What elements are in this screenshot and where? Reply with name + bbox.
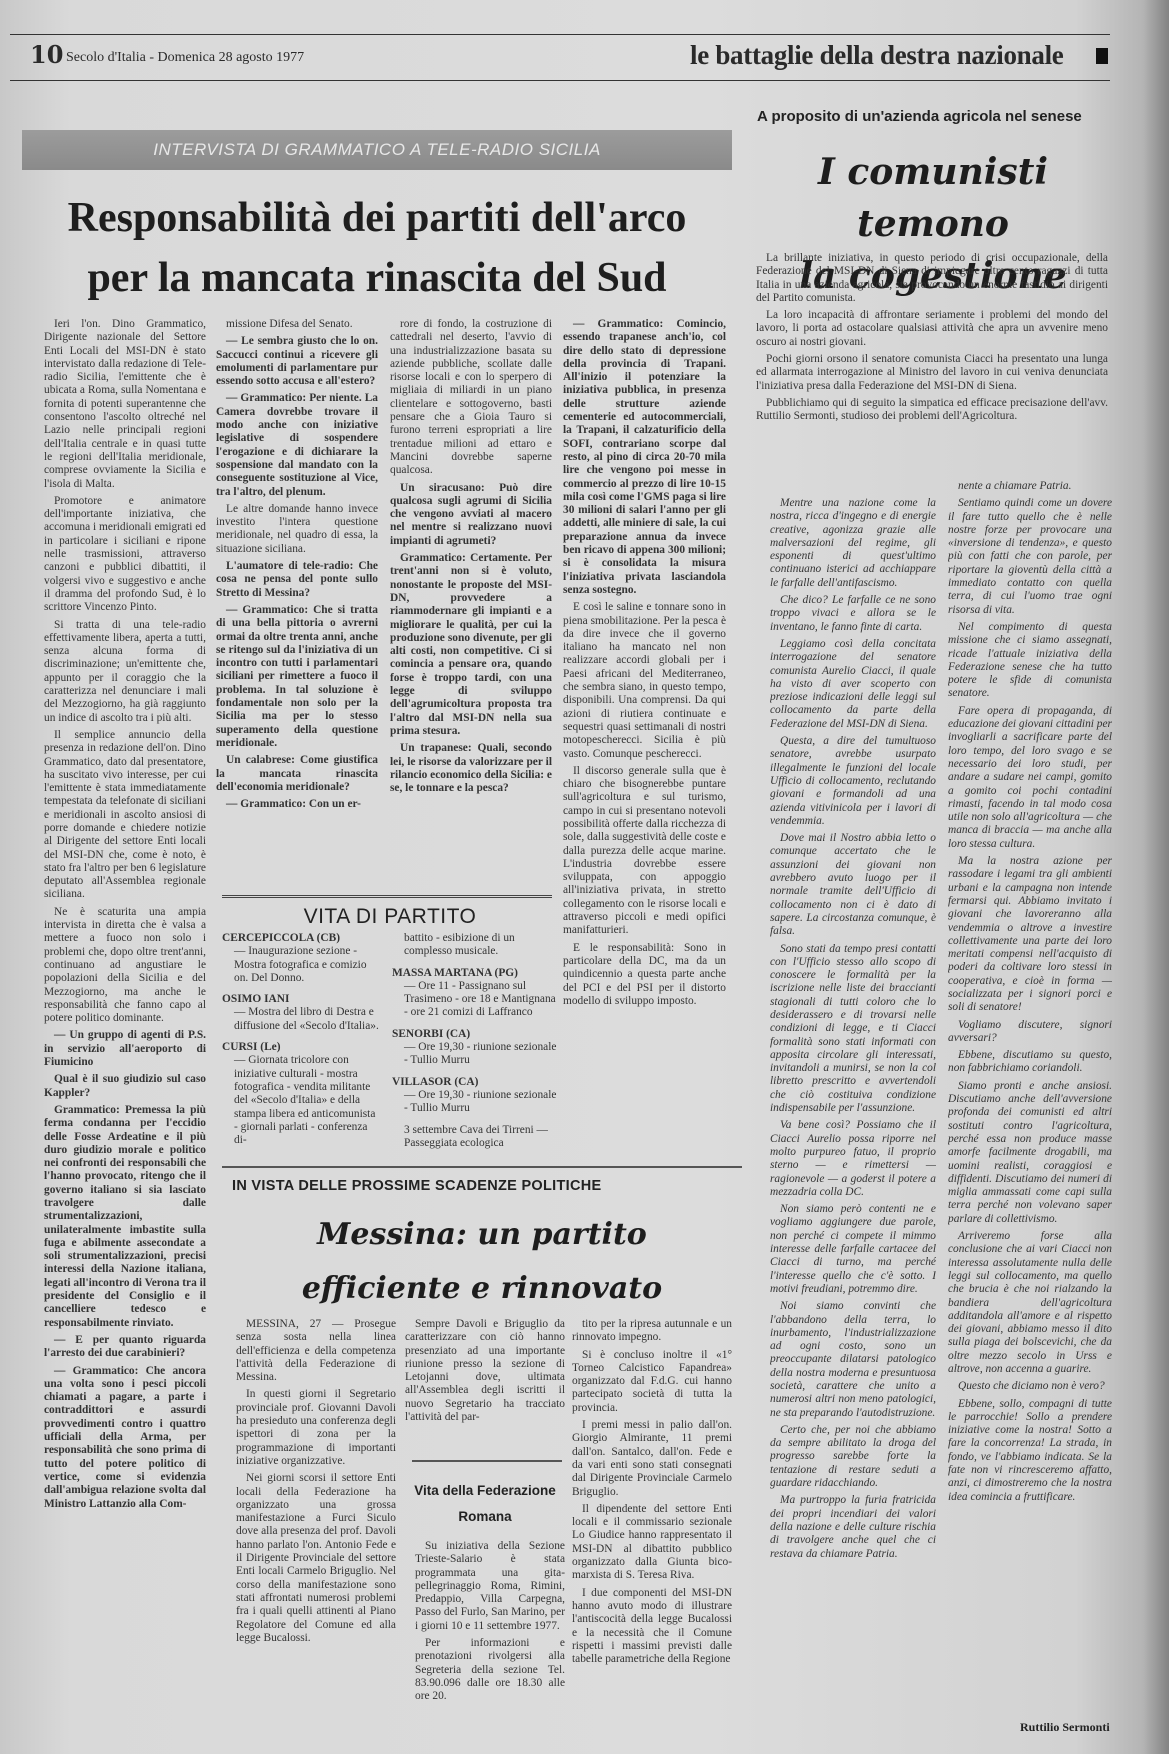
paragraph: Sentiamo quindi come un dovere il fare t… [948,497,1112,617]
vita-detail: — Ore 19,30 - riunione sezionale - Tulli… [392,1041,557,1068]
federazione-title-line2: Romana [405,1504,565,1530]
paragraph: Ebbene, discutiamo su questo, non fabbri… [948,1049,1112,1076]
paragraph: I due componenti del MSI-DN hanno avuto … [572,1587,732,1667]
section-marker-icon [1096,48,1108,64]
paragraph: Il semplice annuncio della presenza in r… [44,729,206,902]
federazione-body: Su iniziativa della Sezione Trieste-Sala… [415,1540,565,1720]
paragraph: Sempre Davoli e Briguglio da caratterizz… [405,1318,565,1424]
paragraph: Vogliamo discutere, signori avversari? [948,1019,1112,1046]
paragraph: Ebbene, sollo, compagni di tutte le parr… [948,1398,1112,1504]
paragraph: Pochi giorni orsono il senatore comunist… [756,353,1108,393]
vita-location: OSIMO IANI [222,993,289,1005]
page-edge-shadow [1143,0,1169,1754]
vita-location: MASSA MARTANA (PG) [392,967,518,979]
paragraph: Promotore e animatore dell'importante in… [44,495,206,615]
paragraph: Un siracusano: Può dire qualcosa sugli a… [390,482,552,548]
paragraph: rore di fondo, la costruzione di cattedr… [390,318,552,478]
main-column-3: rore di fondo, la costruzione di cattedr… [390,318,552,863]
paragraph: E così le saline e tonnare sono in piena… [563,601,726,761]
vita-detail: — Giornata tricolore con iniziative cult… [222,1054,382,1147]
vita-location: SENORBI (CA) [392,1028,470,1040]
vita-di-partito-title: VITA DI PARTITO [225,905,555,929]
paragraph: Fare opera di propaganda, di educazione … [948,705,1112,851]
paragraph: — E per quanto riguarda l'arresto dei du… [44,1334,206,1361]
federazione-title: Vita della Federazione Romana [405,1478,565,1530]
messina-column-2: Sempre Davoli e Briguglio da caratterizz… [405,1318,565,1438]
paragraph: Pubblichiamo qui di seguito la simpatica… [756,397,1108,424]
paragraph: Un trapanese: Quali, secondo lei, le ris… [390,742,552,795]
paragraph: Questo che diciamo non è vero? [948,1380,1112,1393]
paragraph: Mentre una nazione come la nostra, ricca… [770,497,936,590]
messina-headline: Messina: un partito efficiente e rinnova… [222,1208,742,1316]
section-title: le battaglie della destra nazionale [690,40,1063,71]
messina-kicker: IN VISTA DELLE PROSSIME SCADENZE POLITIC… [232,1178,602,1194]
vita-location: CERCEPICCOLA (CB) [222,932,340,944]
paragraph: Noi siamo convinti che l'abbandono della… [770,1300,936,1420]
right-headline-line1: I comunisti temono [748,146,1118,250]
paragraph: Ma la nostra azione per rassodare i lega… [948,855,1112,1015]
messina-headline-line1: Messina: un partito [222,1208,742,1262]
vita-item: CERCEPICCOLA (CB) — Inaugurazione sezion… [222,932,382,985]
vita-detail: battito - esibizione di un complesso mus… [392,932,557,959]
messina-headline-line2: efficiente e rinnovato [222,1262,742,1316]
paragraph: Un calabrese: Come giustifica la mancata… [216,754,378,794]
vita-left-list: CERCEPICCOLA (CB) — Inaugurazione sezion… [222,932,382,1155]
federazione-title-line1: Vita della Federazione [405,1478,565,1504]
paragraph: Sono stati da tempo presi contatti con l… [770,943,936,1116]
paragraph: Va bene così? Possiamo che il Ciacci Aur… [770,1119,936,1199]
main-column-1: Ieri l'on. Dino Grammatico, Dirigente na… [44,318,206,1708]
paragraph: Grammatico: Premessa la più ferma condan… [44,1104,206,1330]
paragraph: Si tratta di una tele-radio effettivamen… [44,619,206,725]
paragraph: — Grammatico: Con un er- [216,798,378,811]
paragraph: Che dico? Le farfalle ce ne sono troppo … [770,594,936,634]
paragraph: Si è concluso inoltre il «1° Torneo Calc… [572,1349,732,1415]
paragraph: Per informazioni e prenotazioni rivolger… [415,1637,565,1703]
vita-item: MASSA MARTANA (PG) — Ore 11 - Passignano… [392,967,557,1020]
paragraph: Nel compimento di questa missione che ci… [948,621,1112,701]
page-number: 10 [30,40,63,69]
paragraph: — Un gruppo di agenti di P.S. in servizi… [44,1029,206,1069]
newspaper-page: 10 Secolo d'Italia - Domenica 28 agosto … [0,0,1169,1754]
paragraph: MESSINA, 27 — Prosegue senza sosta nella… [236,1318,396,1384]
masthead-top-rule [10,34,1110,35]
paragraph: tito per la ripresa autunnale e un rinno… [572,1318,732,1345]
vita-detail: — Ore 11 - Passignano sul Trasimeno - or… [392,980,557,1020]
paragraph: — Grammatico: Comincio, essendo trapanes… [563,318,726,597]
right-intro: La brillante iniziativa, in questo perio… [756,252,1108,480]
paragraph: — Grammatico: Per niente. La Camera dovr… [216,392,378,498]
vita-detail: 3 settembre Cava dei Tirreni — Passeggia… [392,1124,557,1151]
vita-item: VILLASOR (CA) — Ore 19,30 - riunione sez… [392,1076,557,1116]
vita-detail: — Ore 19,30 - riunione sezionale - Tulli… [392,1089,557,1116]
messina-column-3: tito per la ripresa autunnale e un rinno… [572,1318,732,1718]
paragraph: In questi giorni il Segretario provincia… [236,1388,396,1468]
messina-column-1: MESSINA, 27 — Prosegue senza sosta nella… [236,1318,396,1708]
paragraph: Qual è il suo giudizio sul caso Kappler? [44,1073,206,1100]
paragraph: — Le sembra giusto che lo on. Saccucci c… [216,335,378,388]
paragraph: — Grammatico: Che si tratta di una bella… [216,604,378,750]
paragraph: Arriveremo forse alla conclusione che ai… [948,1230,1112,1376]
paragraph: E le responsabilità: Sono in particolare… [563,942,726,1008]
main-headline-line1: Responsabilità dei partiti dell'arco [22,188,732,248]
paragraph: La brillante iniziativa, in questo perio… [756,252,1108,305]
paragraph: Siamo pronti e anche ansiosi. Discutiamo… [948,1080,1112,1226]
right-kicker: A proposito di un'azienda agricola nel s… [757,108,1082,125]
vita-item: battito - esibizione di un complesso mus… [392,932,557,959]
vita-location: CURSI (Le) [222,1041,281,1053]
main-headline: Responsabilità dei partiti dell'arco per… [22,188,732,308]
paragraph: Dove mai il Nostro abbia letto o comunqu… [770,832,936,938]
interview-banner: INTERVISTA DI GRAMMATICO A TELE-RADIO SI… [22,130,732,170]
paragraph: Grammatico: Certamente. Per trent'anni n… [390,552,552,738]
paragraph: missione Difesa del Senato. [216,318,378,331]
paragraph: Il dipendente del settore Enti locali e … [572,1503,732,1583]
vita-right-list: battito - esibizione di un complesso mus… [392,932,557,1158]
paragraph: Ma purtroppo la furia fratricida dei pro… [770,1494,936,1560]
vita-location: VILLASOR (CA) [392,1076,478,1088]
vita-item: 3 settembre Cava dei Tirreni — Passeggia… [392,1124,557,1151]
right-column-2: nente a chiamare Patria.Sentiamo quindi … [948,480,1112,1690]
right-column-1: Mentre una nazione come la nostra, ricca… [770,497,936,1727]
paragraph: Ne è scaturita una ampia intervista in d… [44,906,206,1026]
paragraph: I premi messi in palio dall'on. Giorgio … [572,1419,732,1499]
vita-detail: — Inaugurazione sezione - Mostra fotogra… [222,945,382,985]
paper-date: Secolo d'Italia - Domenica 28 agosto 197… [66,50,304,66]
paragraph: nente a chiamare Patria. [948,480,1112,493]
messina-top-rule [222,1166,742,1168]
paragraph: Leggiamo così della concitata interrogaz… [770,638,936,731]
paragraph: Nei giorni scorsi il settore Enti locali… [236,1472,396,1645]
paragraph: Il discorso generale sulla que è chiaro … [563,765,726,938]
vita-item: CURSI (Le) — Giornata tricolore con iniz… [222,1041,382,1147]
paragraph: La loro incapacità di affrontare seriame… [756,309,1108,349]
paragraph: Ieri l'on. Dino Grammatico, Dirigente na… [44,318,206,491]
vita-item: OSIMO IANI — Mostra del libro di Destra … [222,993,382,1033]
vita-item: SENORBI (CA) — Ore 19,30 - riunione sezi… [392,1028,557,1068]
byline: Ruttilio Sermonti [1020,1720,1110,1735]
main-column-2: missione Difesa del Senato.— Le sembra g… [216,318,378,863]
main-column-4: — Grammatico: Comincio, essendo trapanes… [563,318,726,1110]
paragraph: Su iniziativa della Sezione Trieste-Sala… [415,1540,565,1633]
paragraph: — Grammatico: Che ancora una volta sono … [44,1365,206,1511]
masthead-bottom-rule [10,80,1110,81]
vita-top-rule [222,895,552,898]
federazione-rule [412,1460,562,1462]
paragraph: Le altre domande hanno invece investito … [216,503,378,556]
paragraph: Questa, a dire del tumultuoso senatore, … [770,735,936,828]
paragraph: L'aumatore di tele-radio: Che cosa ne pe… [216,560,378,600]
paragraph: Certo che, per noi che abbiamo da sempre… [770,1424,936,1490]
paragraph: Non siamo però contenti ne e vogliamo ag… [770,1203,936,1296]
vita-detail: — Mostra del libro di Destra e diffusion… [222,1006,382,1033]
main-headline-line2: per la mancata rinascita del Sud [22,248,732,308]
